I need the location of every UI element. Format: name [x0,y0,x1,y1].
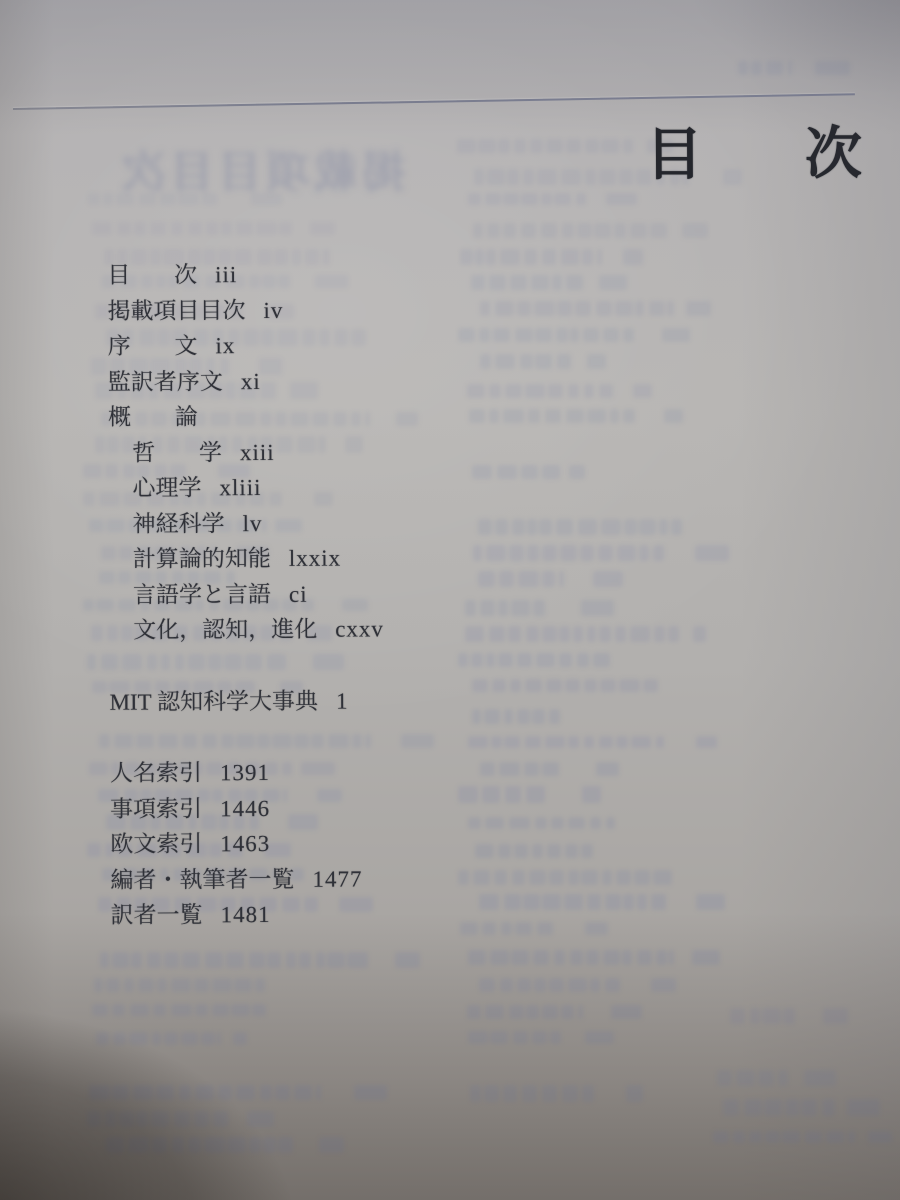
toc-row: 監訳者序文xi [108,363,383,400]
toc-row: 心理学xliii [132,469,383,506]
toc-item-label: 神経科学 [133,511,225,536]
toc-item-label: 目 次 [107,262,197,287]
toc-item-page: lxxix [289,546,341,571]
printed-content: 目 次 目 次iii掲載項目目次iv序 文ix監訳者序文xi概 論哲 学xiii… [0,0,900,1200]
toc-row: 序 文ix [108,327,383,364]
toc-item-page: cxxv [335,616,384,641]
toc-item-label: 文化，認知，進化 [133,617,317,643]
toc-item-label: 事項索引 [110,796,202,821]
toc-item-label: MIT 認知科学大事典 [109,688,318,714]
toc-item-page: ci [289,581,308,606]
toc-item-label: 訳者一覧 [111,902,203,927]
toc-item-label: 序 文 [108,333,198,358]
toc-item-page: 1391 [220,760,270,785]
toc-row: 編者・執筆者一覧1477 [110,861,385,898]
page-title: 目 次 [646,122,864,189]
toc-row: 計算論的知能lxxix [133,540,384,577]
toc-item-label: 心理学 [132,475,201,500]
toc-row: 欧文索引1463 [110,825,385,862]
toc-list: 目 次iii掲載項目目次iv序 文ix監訳者序文xi概 論哲 学xiii心理学x… [107,256,385,933]
toc-item-label: 掲載項目目次 [107,298,245,324]
toc-item-page: 1 [336,688,349,713]
toc-row: 目 次iii [107,256,382,293]
toc-item-page: iv [263,297,283,322]
toc-row: 言語学と言語ci [133,576,384,613]
toc-item-page: 1446 [220,795,270,820]
toc-row: 神経科学lv [133,505,384,542]
toc-item-page: xi [241,368,261,393]
toc-row: 訳者一覧1481 [111,896,386,933]
toc-row: MIT 認知科学大事典1 [109,683,384,720]
toc-item-label: 監訳者序文 [108,369,223,395]
toc-item-page: xliii [219,475,261,500]
toc-item-page: ix [215,333,235,358]
toc-row: 掲載項目目次iv [107,292,382,329]
toc-item-page: lv [243,510,263,535]
toc-item-label: 欧文索引 [110,831,202,856]
toc-item-label: 言語学と言語 [133,581,271,607]
book-page-photo: 掲載項目目次 目 次 目 次iii掲載項目目次iv序 文ix監訳者序文xi概 論… [0,0,900,1200]
toc-item-page: xiii [240,439,275,464]
toc-item-page: 1463 [220,831,270,856]
toc-item-label: 概 論 [108,404,198,429]
toc-item-page: iii [215,262,237,287]
toc-row: 事項索引1446 [110,790,385,827]
toc-row: 人名索引1391 [110,754,385,791]
toc-item-label: 編者・執筆者一覧 [110,866,294,892]
toc-item-page: 1481 [221,902,271,927]
toc-item-label: 計算論的知能 [133,546,271,572]
toc-row: 哲 学xiii [132,434,383,471]
toc-item-label: 人名索引 [110,760,202,785]
toc-item-page: 1477 [312,866,362,891]
toc-row: 文化，認知，進化cxxv [133,611,384,648]
toc-row: 概 論 [108,398,383,435]
toc-item-label: 哲 学 [132,440,222,465]
